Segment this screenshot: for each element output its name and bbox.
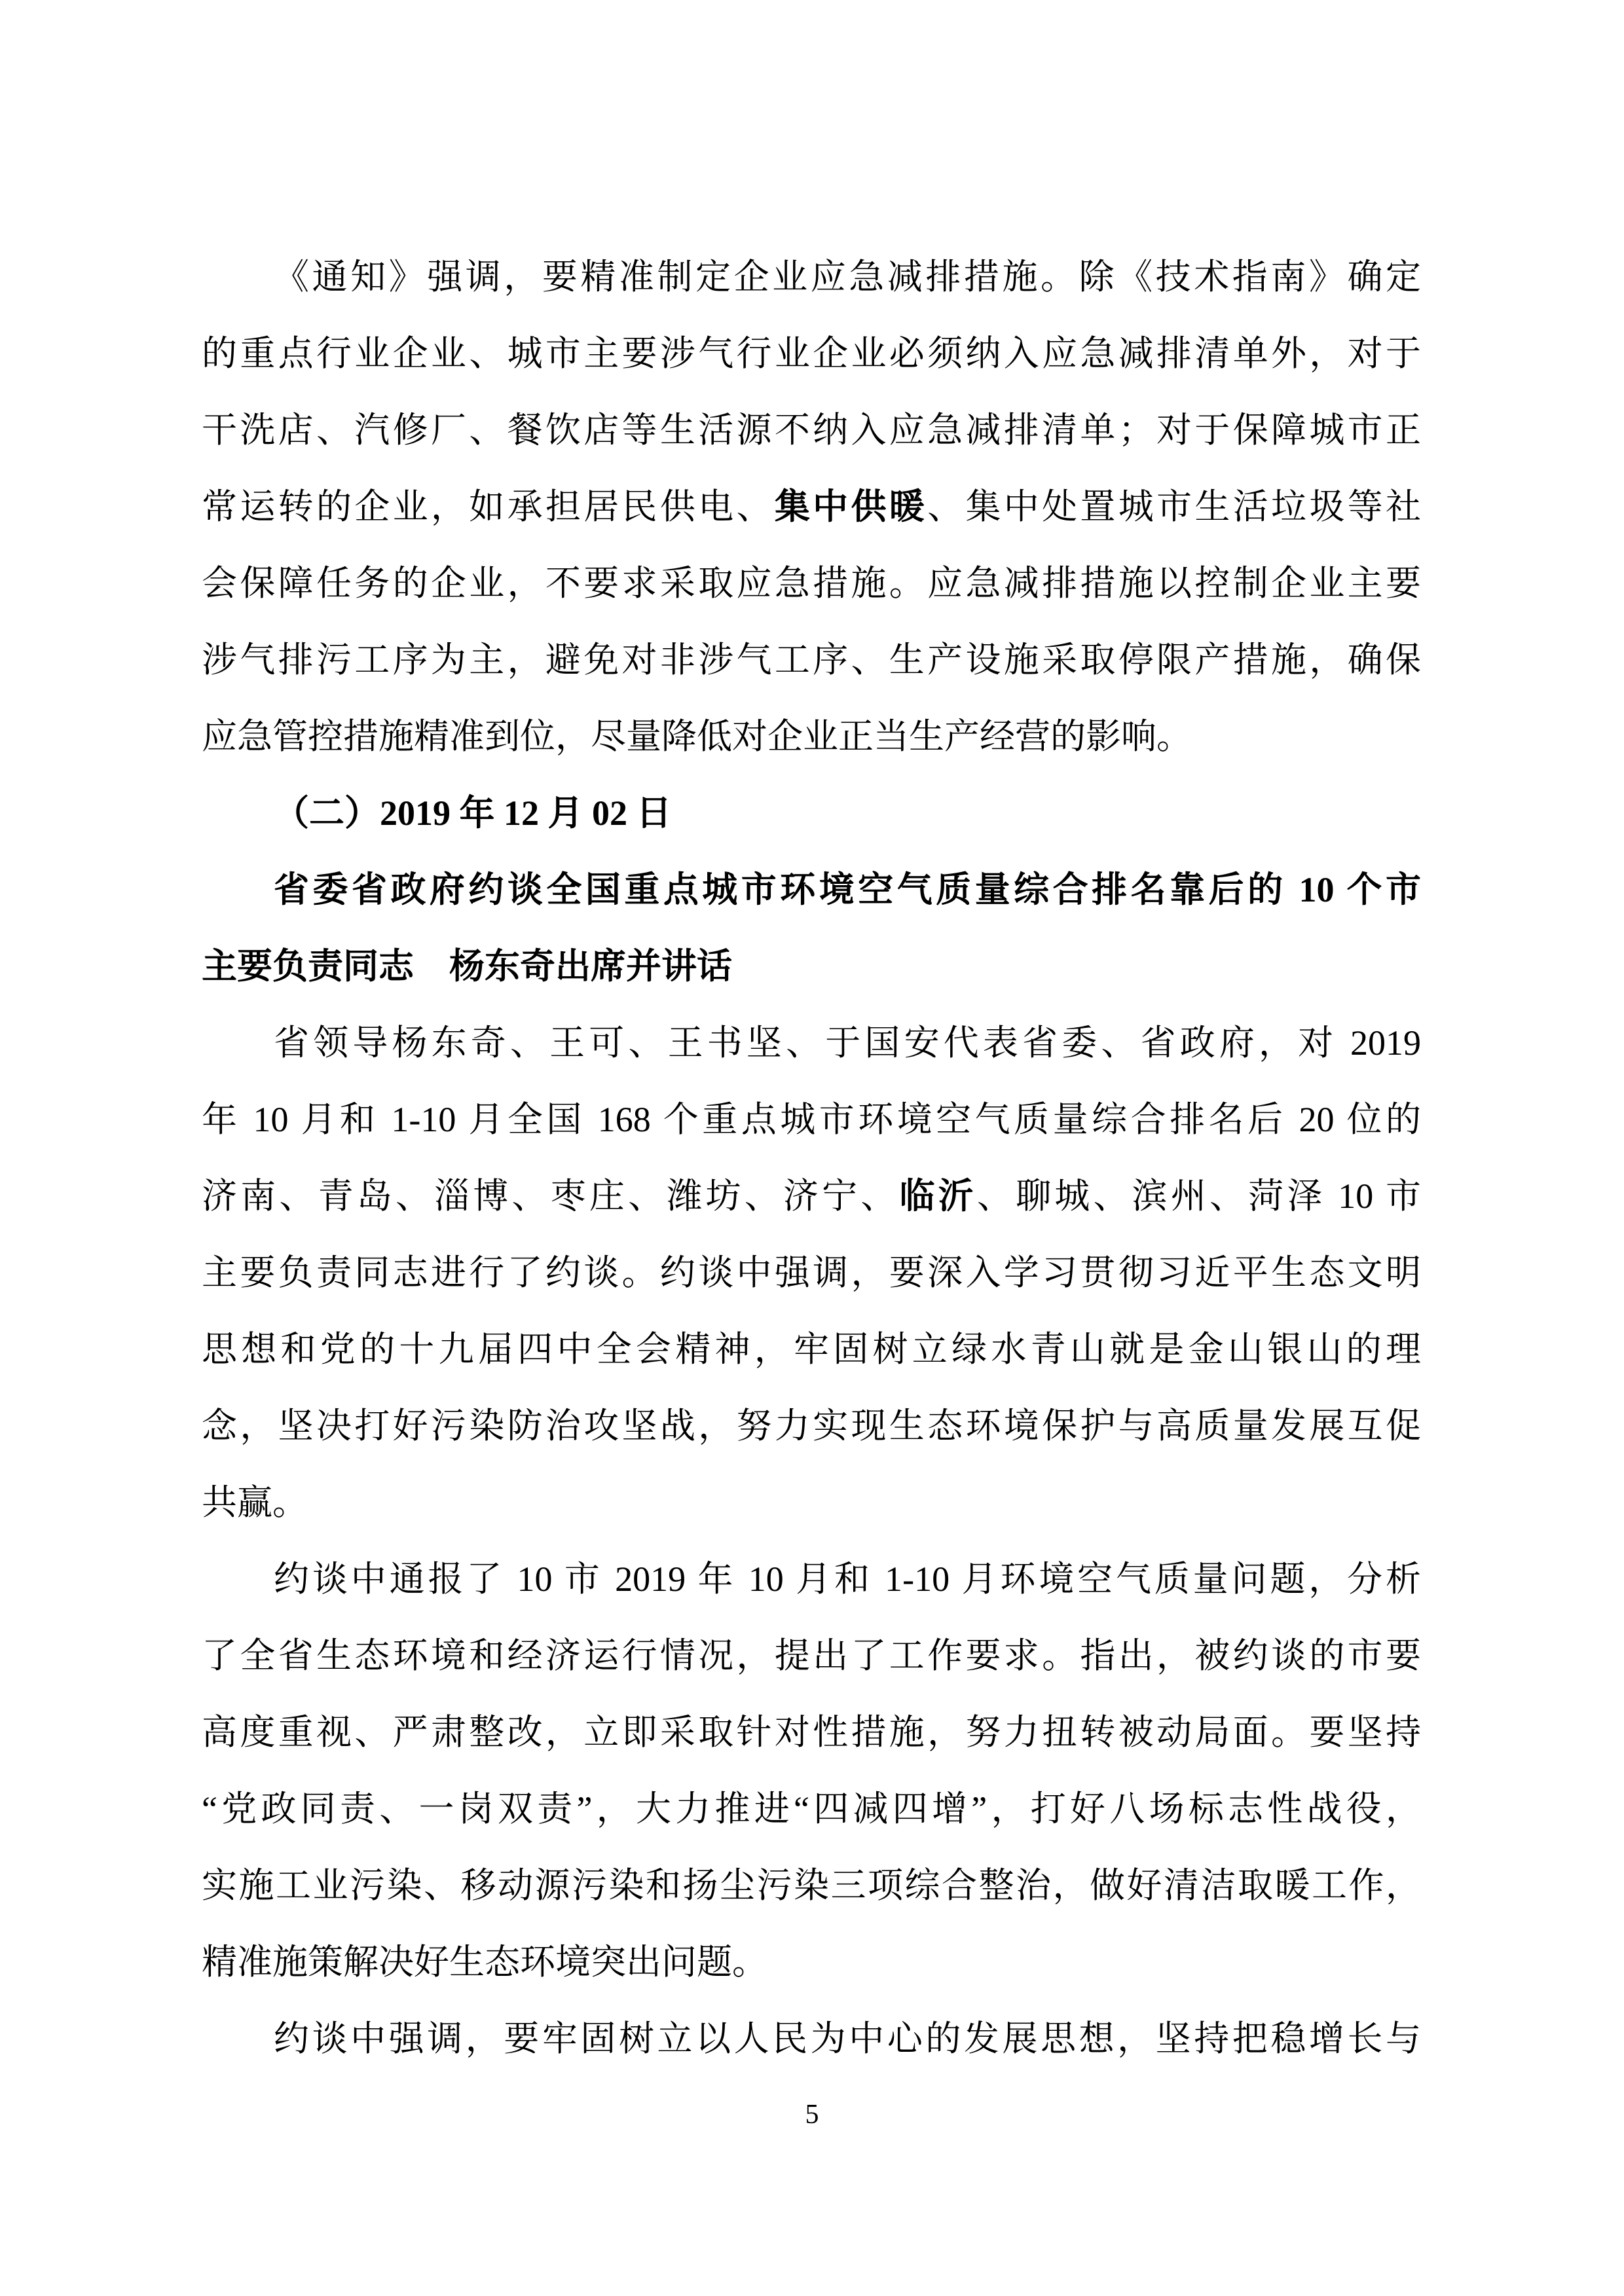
- text-segment: 应急管控措施精准到位，尽量降低对企业正当生产经营的影响。: [202, 717, 1192, 756]
- line-07: 应急管控措施精准到位，尽量降低对企业正当生产经营的影响。: [202, 699, 1421, 775]
- line-01: 《通知》强调，要精准制定企业应急减排措施。除《技术指南》确定: [202, 239, 1421, 316]
- line-09: 省委省政府约谈全国重点城市环境空气质量综合排名靠后的 10 个市: [202, 852, 1421, 928]
- text-segment: 共赢。: [202, 1483, 308, 1522]
- line-15: 思想和党的十九届四中全会精神，牢固树立绿水青山就是金山银山的理: [202, 1311, 1421, 1388]
- line-20: 高度重视、严肃整改，立即采取针对性措施，努力扭转被动局面。要坚持: [202, 1694, 1421, 1771]
- text-segment: 涉气排污工序为主，避免对非涉气工序、生产设施采取停限产措施，确保: [202, 640, 1421, 680]
- text-segment: 约谈中通报了 10 市 2019 年 10 月和 1-10 月环境空气质量问题，…: [274, 1559, 1421, 1599]
- line-21: “党政同责、一岗双责”，大力推进“四减四增”，打好八场标志性战役，: [202, 1771, 1421, 1848]
- text-segment-bold: 主要负责同志 杨东奇出席并讲话: [202, 947, 732, 986]
- line-03: 干洗店、汽修厂、餐饮店等生活源不纳入应急减排清单；对于保障城市正: [202, 392, 1421, 469]
- text-segment: 年 10 月和 1-10 月全国 168 个重点城市环境空气质量综合排名后 20…: [202, 1100, 1421, 1139]
- line-04: 常运转的企业，如承担居民供电、集中供暖、集中处置城市生活垃圾等社: [202, 469, 1421, 545]
- text-block: 《通知》强调，要精准制定企业应急减排措施。除《技术指南》确定的重点行业企业、城市…: [202, 239, 1421, 2077]
- text-segment: 、集中处置城市生活垃圾等社: [927, 487, 1421, 526]
- text-segment: 济南、青岛、淄博、枣庄、潍坊、济宁、: [202, 1176, 899, 1216]
- text-segment: 干洗店、汽修厂、餐饮店等生活源不纳入应急减排清单；对于保障城市正: [202, 410, 1421, 450]
- line-14: 主要负责同志进行了约谈。约谈中强调，要深入学习贯彻习近平生态文明: [202, 1235, 1421, 1311]
- line-08: （二）2019 年 12 月 02 日: [202, 775, 1421, 852]
- line-05: 会保障任务的企业，不要求采取应急措施。应急减排措施以控制企业主要: [202, 545, 1421, 622]
- text-segment-bold: （二）2019 年 12 月 02 日: [274, 793, 672, 833]
- text-segment: 的重点行业企业、城市主要涉气行业企业必须纳入应急减排清单外，对于: [202, 334, 1421, 373]
- line-13: 济南、青岛、淄博、枣庄、潍坊、济宁、临沂、聊城、滨州、菏泽 10 市: [202, 1158, 1421, 1235]
- text-segment-bold: 省委省政府约谈全国重点城市环境空气质量综合排名靠后的 10 个市: [274, 870, 1421, 909]
- text-segment: 思想和党的十九届四中全会精神，牢固树立绿水青山就是金山银山的理: [202, 1330, 1421, 1369]
- line-12: 年 10 月和 1-10 月全国 168 个重点城市环境空气质量综合排名后 20…: [202, 1082, 1421, 1158]
- text-segment: 主要负责同志进行了约谈。约谈中强调，要深入学习贯彻习近平生态文明: [202, 1253, 1421, 1292]
- line-02: 的重点行业企业、城市主要涉气行业企业必须纳入应急减排清单外，对于: [202, 316, 1421, 392]
- text-segment: 常运转的企业，如承担居民供电、: [202, 487, 775, 526]
- text-segment: 实施工业污染、移动源污染和扬尘污染三项综合整治，做好清洁取暖工作，: [202, 1866, 1421, 1905]
- text-segment: 、聊城、滨州、菏泽 10 市: [977, 1176, 1421, 1216]
- text-segment-bold: 临沂: [899, 1176, 976, 1216]
- text-segment: 精准施策解决好生态环境突出问题。: [202, 1942, 767, 1982]
- line-10: 主要负责同志 杨东奇出席并讲话: [202, 928, 1421, 1005]
- text-segment: 约谈中强调，要牢固树立以人民为中心的发展思想，坚持把稳增长与: [274, 2019, 1421, 2058]
- line-19: 了全省生态环境和经济运行情况，提出了工作要求。指出，被约谈的市要: [202, 1618, 1421, 1694]
- text-segment-bold: 集中供暖: [775, 487, 927, 526]
- line-18: 约谈中通报了 10 市 2019 年 10 月和 1-10 月环境空气质量问题，…: [202, 1541, 1421, 1618]
- page-number: 5: [0, 2098, 1624, 2131]
- text-segment: 会保障任务的企业，不要求采取应急措施。应急减排措施以控制企业主要: [202, 564, 1421, 603]
- line-06: 涉气排污工序为主，避免对非涉气工序、生产设施采取停限产措施，确保: [202, 622, 1421, 699]
- line-16: 念，坚决打好污染防治攻坚战，努力实现生态环境保护与高质量发展互促: [202, 1388, 1421, 1465]
- text-segment: 省领导杨东奇、王可、王书坚、于国安代表省委、省政府，对 2019: [274, 1023, 1421, 1063]
- line-24: 约谈中强调，要牢固树立以人民为中心的发展思想，坚持把稳增长与: [202, 2001, 1421, 2077]
- line-23: 精准施策解决好生态环境突出问题。: [202, 1924, 1421, 2001]
- text-segment: 了全省生态环境和经济运行情况，提出了工作要求。指出，被约谈的市要: [202, 1636, 1421, 1675]
- line-11: 省领导杨东奇、王可、王书坚、于国安代表省委、省政府，对 2019: [202, 1005, 1421, 1082]
- text-segment: “党政同责、一岗双责”，大力推进“四减四增”，打好八场标志性战役，: [202, 1789, 1421, 1829]
- document-page: 《通知》强调，要精准制定企业应急减排措施。除《技术指南》确定的重点行业企业、城市…: [0, 0, 1624, 2296]
- line-17: 共赢。: [202, 1465, 1421, 1541]
- line-22: 实施工业污染、移动源污染和扬尘污染三项综合整治，做好清洁取暖工作，: [202, 1848, 1421, 1924]
- text-segment: 《通知》强调，要精准制定企业应急减排措施。除《技术指南》确定: [274, 257, 1421, 297]
- text-segment: 念，坚决打好污染防治攻坚战，努力实现生态环境保护与高质量发展互促: [202, 1406, 1421, 1446]
- text-segment: 高度重视、严肃整改，立即采取针对性措施，努力扭转被动局面。要坚持: [202, 1713, 1421, 1752]
